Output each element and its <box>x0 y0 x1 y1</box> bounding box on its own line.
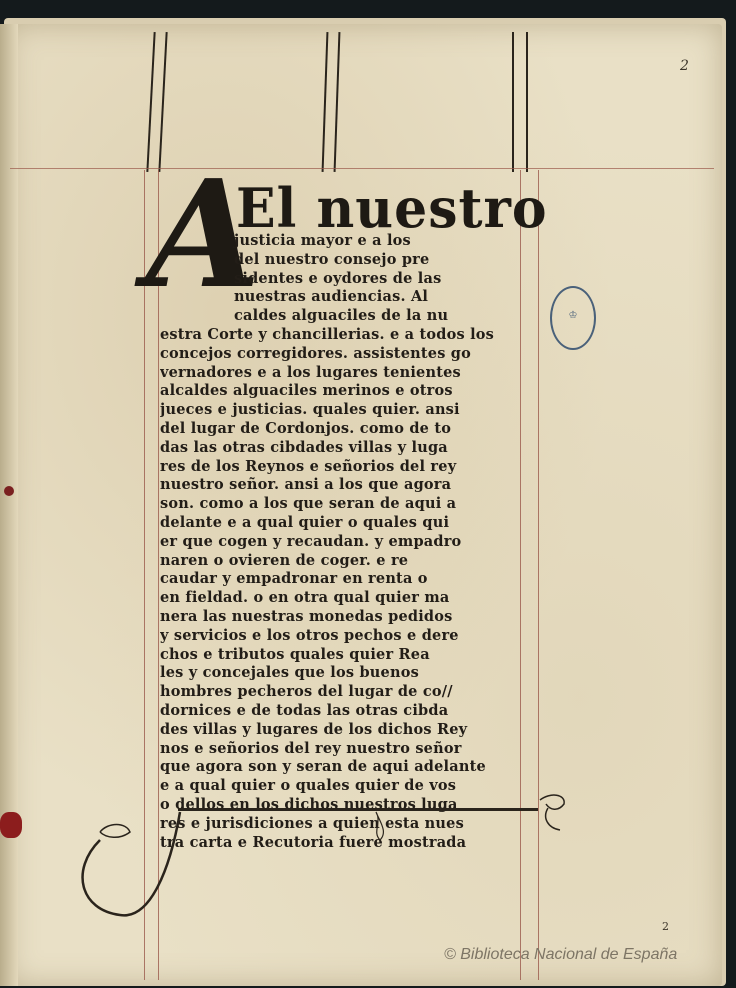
folio-number: 2 <box>680 58 689 74</box>
flourish-icon <box>0 0 736 988</box>
wax-seal-mark <box>4 486 14 496</box>
wax-seal-mark <box>0 812 22 838</box>
crown-icon: ♔ <box>552 310 594 321</box>
library-stamp: ♔ <box>550 286 596 350</box>
lower-folio-mark: 2 <box>662 920 669 933</box>
copyright-watermark: © Biblioteca Nacional de España <box>444 946 677 964</box>
